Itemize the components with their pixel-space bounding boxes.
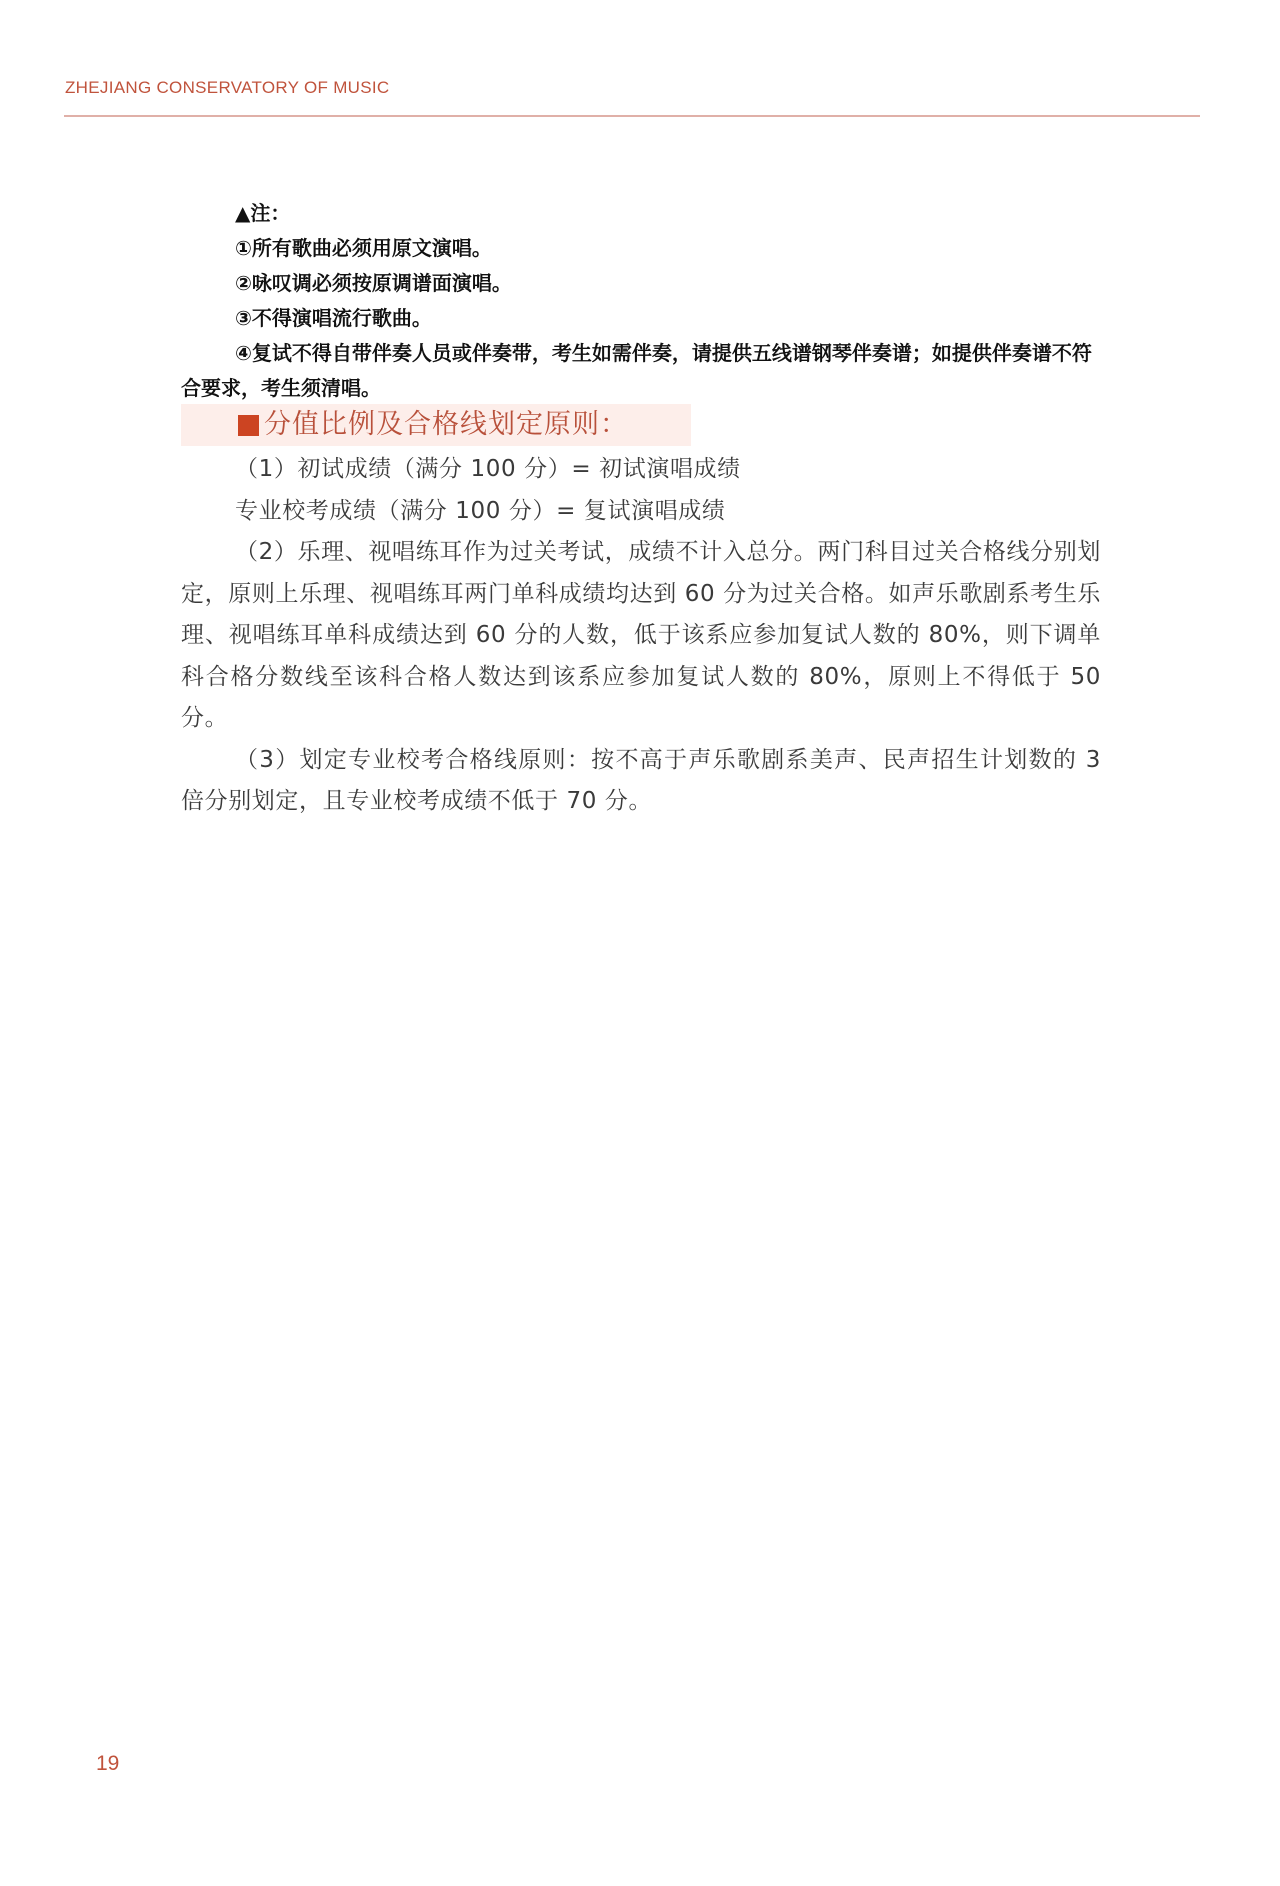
paragraph-3: （3）划定专业校考合格线原则：按不高于声乐歌剧系美声、民声招生计划数的 3 倍分… (181, 740, 1101, 823)
notes-block: ▲注： ①所有歌曲必须用原文演唱。 ②咏叹调必须按原调谱面演唱。 ③不得演唱流行… (181, 196, 1101, 406)
section-body: （1）初试成绩（满分 100 分）= 初试演唱成绩 专业校考成绩（满分 100 … (181, 449, 1101, 823)
page-number: 19 (96, 1752, 119, 1776)
paragraph-1b: 专业校考成绩（满分 100 分）= 复试演唱成绩 (181, 491, 1101, 533)
header-divider (64, 115, 1200, 117)
notes-label: ▲注： (181, 196, 1101, 231)
square-bullet-icon (238, 415, 259, 436)
note-item-4: ④复试不得自带伴奏人员或伴奏带，考生如需伴奏，请提供五线谱钢琴伴奏谱；如提供伴奏… (181, 336, 1101, 406)
note-item-3: ③不得演唱流行歌曲。 (181, 301, 1101, 336)
note-item-1: ①所有歌曲必须用原文演唱。 (181, 231, 1101, 266)
note-item-2: ②咏叹调必须按原调谱面演唱。 (181, 266, 1101, 301)
header-title: ZHEJIANG CONSERVATORY OF MUSIC (65, 78, 390, 98)
section-heading-text: 分值比例及合格线划定原则： (264, 406, 628, 444)
section-heading: 分值比例及合格线划定原则： (181, 404, 691, 446)
paragraph-2: （2）乐理、视唱练耳作为过关考试，成绩不计入总分。两门科目过关合格线分别划定，原… (181, 532, 1101, 740)
paragraph-1: （1）初试成绩（满分 100 分）= 初试演唱成绩 (181, 449, 1101, 491)
